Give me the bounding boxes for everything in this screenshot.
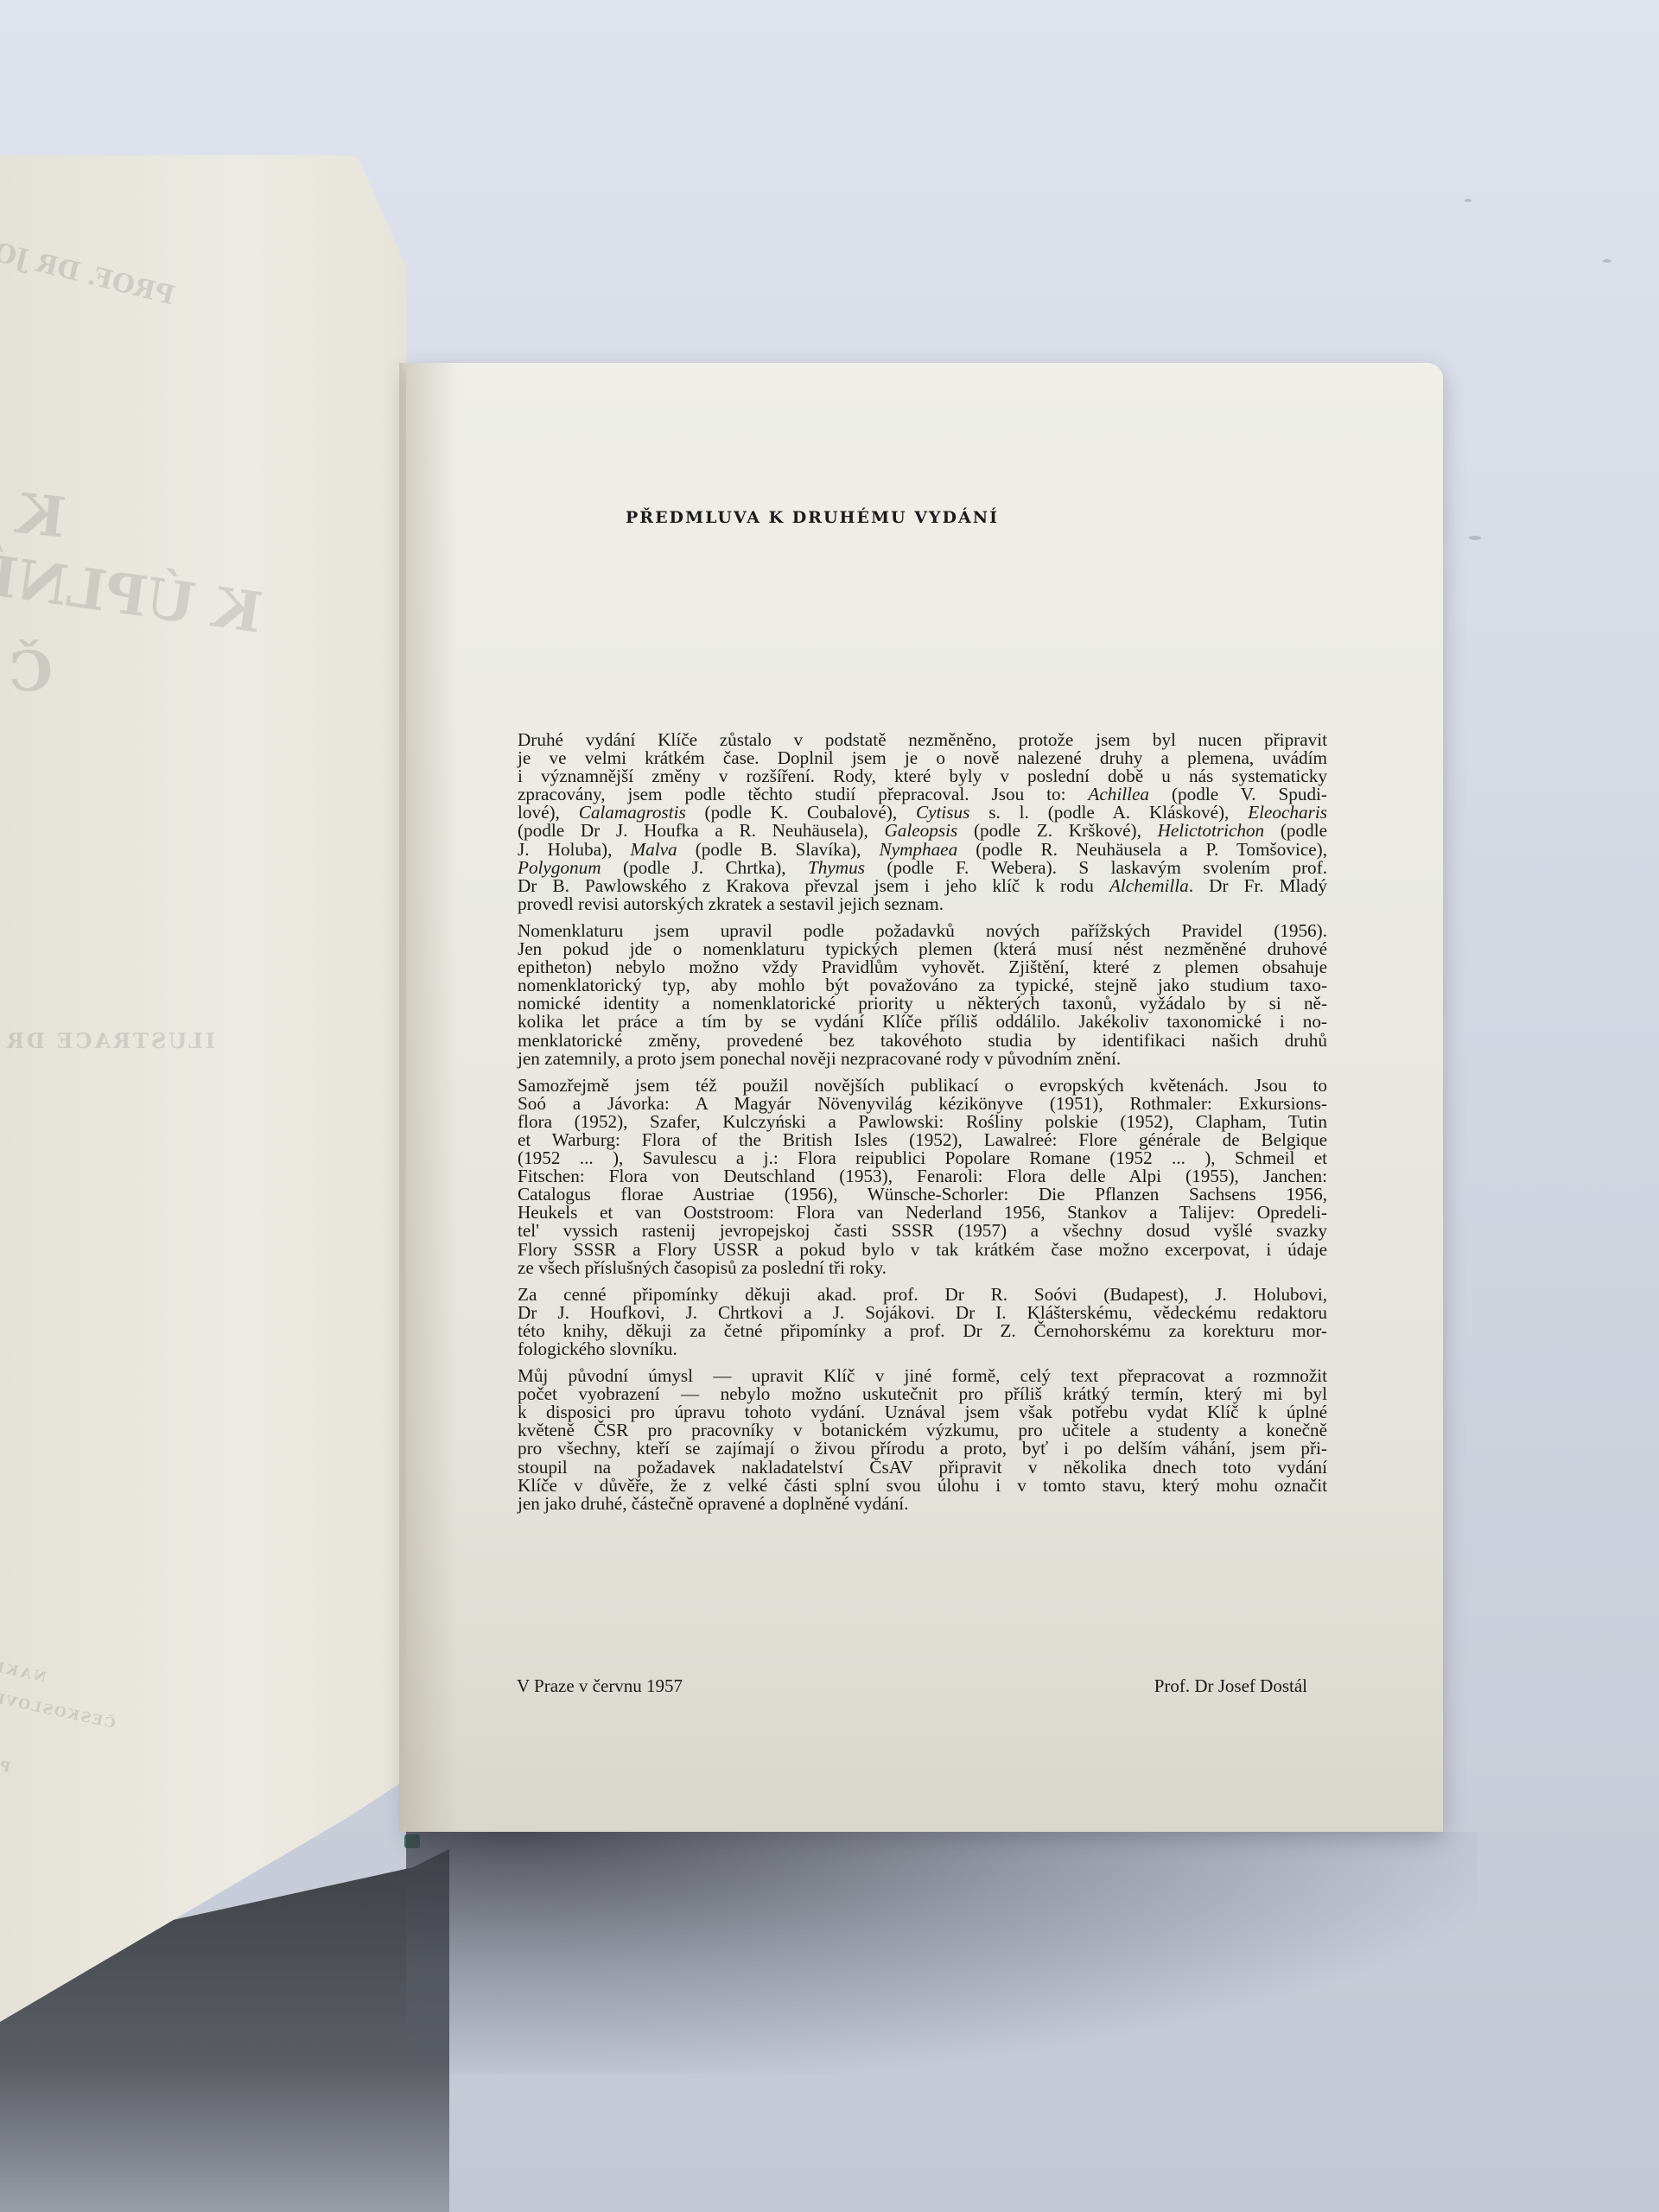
text-line: Fitschen: Flora von Deutschland (1953), …: [495, 1167, 1327, 1185]
text-line: Flory SSSR a Flory USSR a pokud bylo v t…: [495, 1241, 1327, 1259]
text-line: kolika let práce a tím by se vydání Klíč…: [495, 1013, 1327, 1031]
text-line: jen jako druhé, částečně opravené a dopl…: [495, 1495, 1327, 1513]
text-line: et Warburg: Flora of the British Isles (…: [495, 1131, 1327, 1149]
background-speck: [1469, 536, 1481, 540]
text-line: provedl revisi autorských zkratek a sest…: [495, 895, 1327, 913]
text-line: Dr J. Houfkovi, J. Chrtkovi a J. Sojákov…: [495, 1304, 1327, 1322]
text-line: stoupil na požadavek nakladatelství ČsAV…: [495, 1459, 1327, 1477]
background-speck: [1465, 199, 1471, 202]
text-line: k disposici pro úpravu tohoto vydání. Uz…: [495, 1403, 1327, 1421]
bleed-through-publisher-3: P: [0, 1758, 12, 1776]
right-page-shadow: [406, 1832, 1478, 2074]
text-line: i významnější změny v rozšíření. Rody, k…: [495, 767, 1327, 785]
signoff: V Praze v červnu 1957 Prof. Dr Josef Dos…: [517, 1675, 1307, 1697]
bleed-through-publisher-1: NAKL: [0, 1658, 48, 1686]
text-line: lové), Calamagrostis (podle K. Coubalové…: [495, 804, 1327, 822]
paragraph-2: Nomenklaturu jsem upravil podle požadavk…: [495, 922, 1327, 1068]
text-line: fologického slovníku.: [495, 1340, 1327, 1358]
author-signature: Prof. Dr Josef Dostál: [1154, 1675, 1307, 1697]
text-line: epitheton) nebylo možno vždy Pravidlům v…: [495, 958, 1327, 976]
text-line: (podle Dr J. Houfka a R. Neuhäusela), Ga…: [495, 822, 1327, 840]
text-line: Heukels et van Ooststroom: Flora van Ned…: [495, 1204, 1327, 1222]
text-line: Catalogus florae Austriae (1956), Wünsch…: [495, 1185, 1327, 1204]
text-line: Jen pokud jde o nomenklaturu typických p…: [495, 940, 1327, 958]
text-line: menklatorické změny, provedené bez takov…: [495, 1032, 1327, 1050]
text-line: Klíče v důvěře, že z velké části splní s…: [495, 1477, 1327, 1495]
bleed-through-illustrator: ILUSTRACE DR: [4, 1028, 215, 1053]
left-page: PROF. DR JO K K ÚPLNÉ Č ILUSTRACE DR NAK…: [0, 156, 406, 2022]
photo-scene: PROF. DR JO K K ÚPLNÉ Č ILUSTRACE DR NAK…: [0, 0, 1659, 2212]
text-line: květeně ČSR pro pracovníky v botanickém …: [495, 1421, 1327, 1440]
text-line: Druhé vydání Klíče zůstalo v podstatě ne…: [495, 731, 1327, 749]
text-line: Soó a Jávorka: A Magyár Növenyvilág kézi…: [495, 1095, 1327, 1113]
paragraph-4: Za cenné připomínky děkuji akad. prof. D…: [495, 1286, 1327, 1358]
text-line: Můj původní úmysl — upravit Klíč v jiné …: [495, 1367, 1327, 1385]
background-speck: [1603, 259, 1611, 263]
paragraph-3: Samozřejmě jsem též použil novějších pub…: [495, 1077, 1327, 1277]
text-line: této knihy, děkuji za četné připomínky a…: [495, 1322, 1327, 1340]
paragraph-1: Druhé vydání Klíče zůstalo v podstatě ne…: [495, 731, 1327, 913]
text-line: Nomenklaturu jsem upravil podle požadavk…: [495, 922, 1327, 940]
text-line: Dr B. Pawlowského z Krakova převzal jsem…: [495, 877, 1327, 895]
paragraph-5: Můj původní úmysl — upravit Klíč v jiné …: [495, 1367, 1327, 1513]
text-line: flora (1952), Szafer, Kulczyński a Pawlo…: [495, 1113, 1327, 1131]
text-line: počet vyobrazení — nebylo možno uskutečn…: [495, 1385, 1327, 1403]
preface-body: Druhé vydání Klíče zůstalo v podstatě ne…: [495, 731, 1327, 1522]
text-line: pro všechny, kteří se zajímají o živou p…: [495, 1440, 1327, 1458]
place-date: V Praze v červnu 1957: [517, 1675, 683, 1697]
bleed-through-author: PROF. DR JO: [0, 238, 178, 312]
text-line: zpracovány, jsem podle těchto studií pře…: [495, 785, 1327, 804]
text-line: Samozřejmě jsem též použil novějších pub…: [495, 1077, 1327, 1095]
text-line: jen zatemnily, a proto jsem ponechal nov…: [495, 1050, 1327, 1068]
text-line: (1952 ... ), Savulescu a j.: Flora reipu…: [495, 1149, 1327, 1167]
text-line: Za cenné připomínky děkuji akad. prof. D…: [495, 1286, 1327, 1304]
bleed-through-publisher-2: ČESKOSLOVE: [0, 1689, 117, 1732]
text-line: nomické identity a nomenklatorické prior…: [495, 995, 1327, 1013]
text-line: ze všech příslušných časopisů za posledn…: [495, 1259, 1327, 1277]
text-line: nomenklatorický typ, aby mohlo být považ…: [495, 976, 1327, 995]
bleed-through-title-3: Č: [9, 639, 53, 704]
page-gutter: [406, 363, 458, 1832]
page-title: PŘEDMLUVA K DRUHÉMU VYDÁNÍ: [0, 508, 1642, 527]
text-line: J. Holuba), Malva (podle B. Slavíka), Ny…: [495, 841, 1327, 859]
text-line: Polygonum (podle J. Chrtka), Thymus (pod…: [495, 859, 1327, 877]
text-line: je ve velmi krátkém čase. Doplnil jsem j…: [495, 749, 1327, 767]
text-line: tel' vyssich rastenij jevropejskoj časti…: [495, 1222, 1327, 1240]
bleed-through-title-2: K ÚPLNÉ: [0, 542, 266, 646]
